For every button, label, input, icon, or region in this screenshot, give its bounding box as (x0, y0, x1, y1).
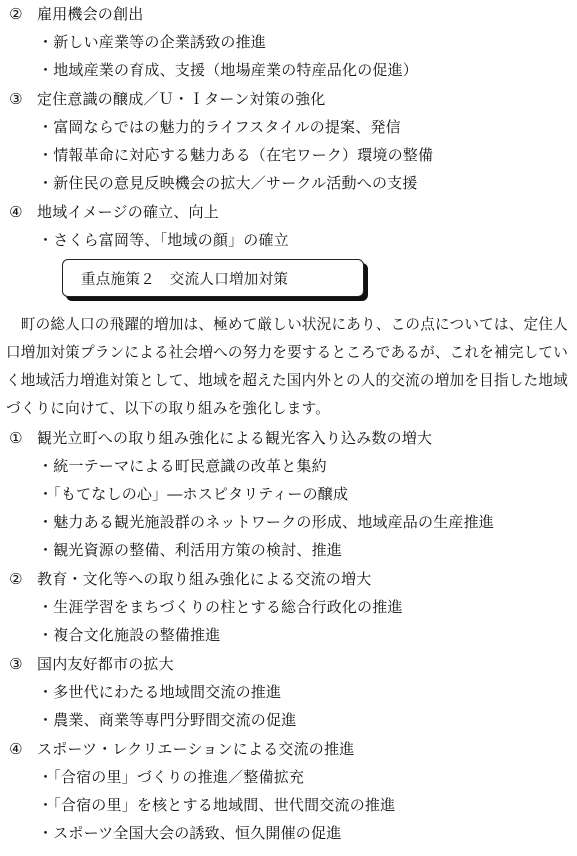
bullet-item: ・さくら富岡等、「地域の顔」の確立 (38, 230, 289, 250)
bullet-item: ・複合文化施設の整備推進 (38, 625, 220, 645)
paragraph-line: く地域活力増進対策として、地域を超えた国内外との人的交流の増加を目指した地域 (6, 371, 568, 391)
item-number: ④ (6, 739, 26, 759)
bullet-item: ・「合宿の里」を核とする地域間、世代間交流の推進 (38, 795, 395, 815)
bullet-item: ・スポーツ全国大会の誘致、恒久開催の促進 (38, 823, 341, 843)
bullet-item: ・情報革命に対応する魅力ある（在宅ワーク）環境の整備 (38, 145, 433, 165)
item-number: ③ (6, 89, 26, 109)
item-number: ② (6, 4, 26, 24)
section-title: 教育・文化等への取り組み強化による交流の増大 (37, 569, 371, 589)
section-title: 雇用機会の創出 (37, 4, 143, 24)
bullet-item: ・「もてなしの心」―ホスピタリティーの醸成 (38, 484, 348, 504)
bullet-item: ・統一テーマによる町民意識の改革と集約 (38, 456, 327, 476)
paragraph-line: 口増加対策プランによる社会増への努力を要するところであるが、これを補完してい (6, 343, 568, 363)
bullet-item: ・「合宿の里」づくりの推進／整備拡充 (38, 767, 304, 787)
policy-heading: 重点施策２ 交流人口増加対策 (81, 268, 288, 289)
item-number: ② (6, 569, 26, 589)
section-title: スポーツ・レクリエーションによる交流の推進 (37, 739, 354, 759)
paragraph-line: づくりに向けて、以下の取り組みを強化します。 (6, 399, 330, 419)
bullet-item: ・多世代にわたる地域間交流の推進 (38, 682, 281, 702)
section-title: 国内友好都市の拡大 (37, 654, 174, 674)
section-title: 地域イメージの確立、向上 (37, 202, 219, 222)
section-title: 定住意識の醸成／Ｕ・Ｉターン対策の強化 (37, 89, 326, 109)
section-title: 観光立町への取り組み強化による観光客入り込み数の増大 (37, 428, 432, 448)
item-number: ③ (6, 654, 26, 674)
paragraph-line: 町の総人口の飛躍的増加は、極めて厳しい状況にあり、この点については、定住人 (6, 315, 568, 335)
bullet-item: ・魅力ある観光施設群のネットワークの形成、地域産品の生産推進 (38, 512, 494, 532)
bullet-item: ・新しい産業等の企業誘致の推進 (38, 32, 266, 52)
item-number: ① (6, 428, 26, 448)
bullet-item: ・農業、商業等専門分野間交流の促進 (38, 710, 296, 730)
bullet-item: ・生涯学習をまちづくりの柱とする総合行政化の推進 (38, 597, 403, 617)
item-number: ④ (6, 202, 26, 222)
policy-heading-box: 重点施策２ 交流人口増加対策 (62, 259, 364, 297)
bullet-item: ・地域産業の育成、支援（地場産業の特産品化の促進） (38, 60, 418, 80)
bullet-item: ・富岡ならではの魅力的ライフスタイルの提案、発信 (38, 117, 401, 137)
bullet-item: ・観光資源の整備、利活用方策の検討、推進 (38, 540, 342, 560)
bullet-item: ・新住民の意見反映機会の拡大／サークル活動への支援 (38, 173, 418, 193)
